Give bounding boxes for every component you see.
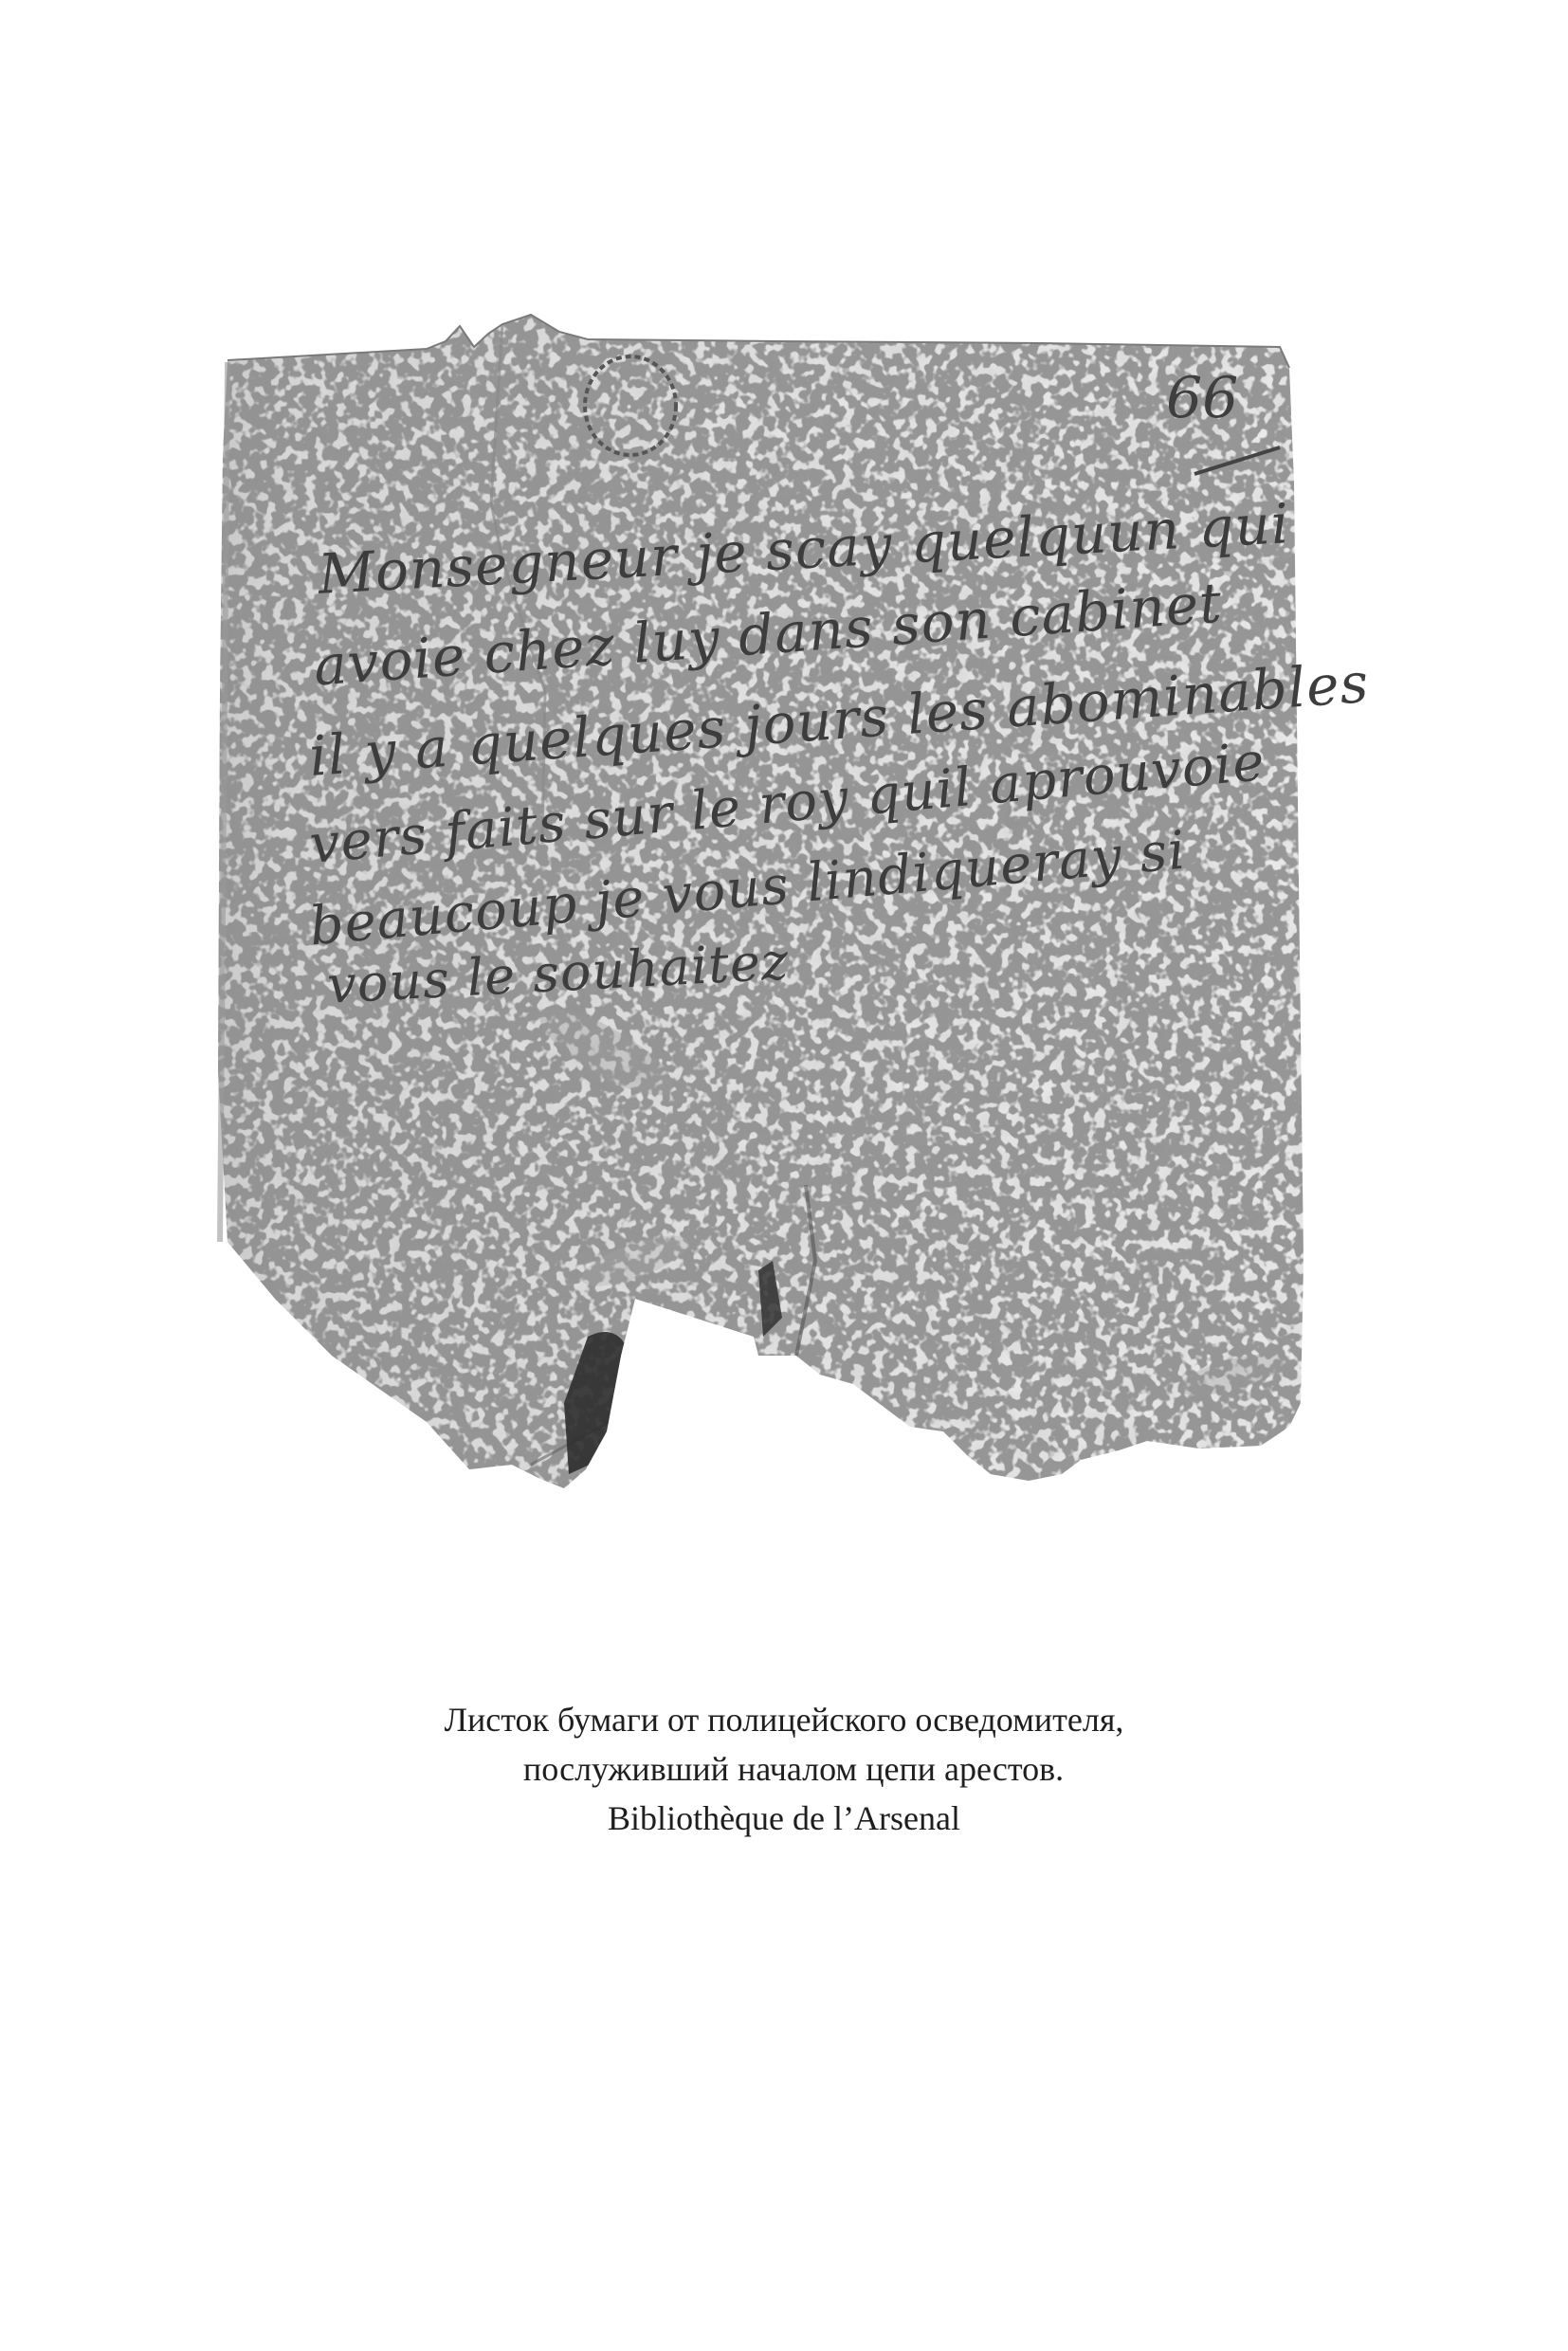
caption-line: Листок бумаги от полицейского осведомите… [0,1695,1568,1744]
folio-number: 66 [1166,365,1238,431]
document-photo: 66 Monsegneur je scay quelquun qui avoie… [190,313,1346,1659]
caption-line: послуживший началом цепи арестов. [0,1744,1568,1794]
figure-caption: Листок бумаги от полицейского осведомите… [0,1695,1568,1843]
caption-source: Bibliothèque de l’Arsenal [0,1794,1568,1843]
